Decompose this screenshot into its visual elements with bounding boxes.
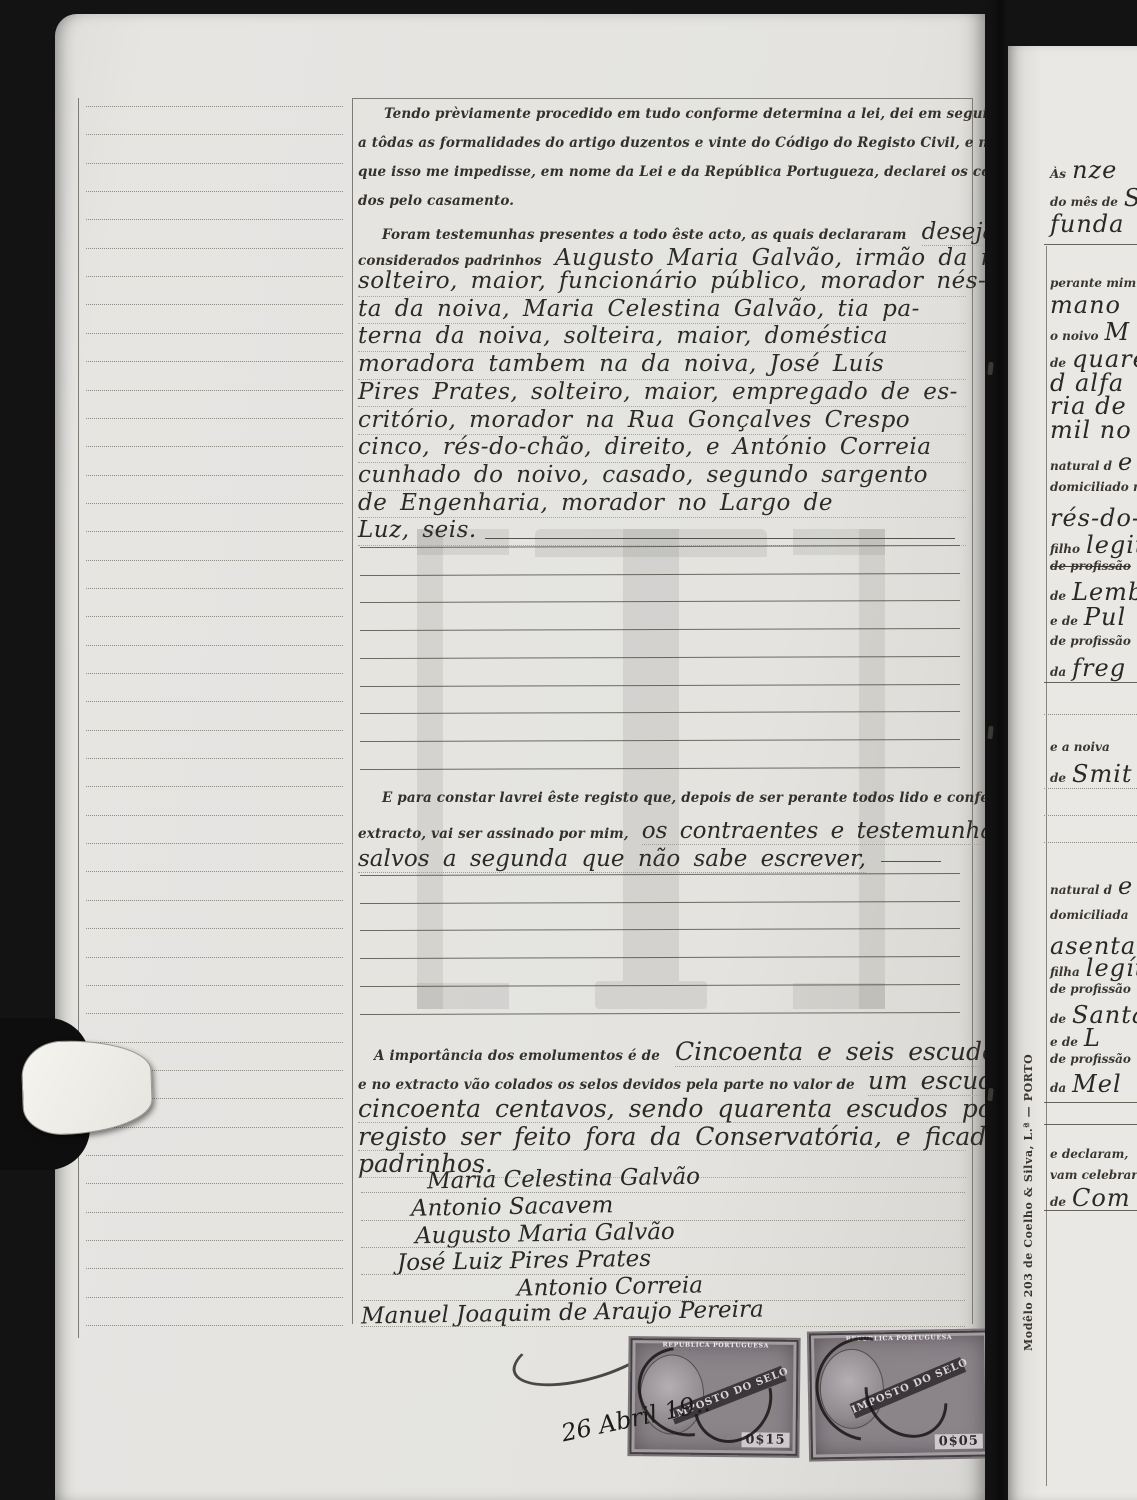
right-form-row: deLembr: [1050, 578, 1137, 606]
margin-ruled-line: [86, 1212, 343, 1213]
witness-handwriting-line: terna da noiva, solteira, maior, domésti…: [358, 323, 966, 352]
struck-blank-line: [360, 683, 960, 686]
right-form-label: de: [1050, 356, 1066, 370]
watermark-right-bracket-bottom: [793, 983, 885, 1009]
right-form-label: natural d: [1050, 883, 1112, 897]
main-block-top-border: [352, 98, 972, 99]
witness-handwriting-line: cunhado do noivo, casado, segundo sargen…: [358, 462, 966, 491]
right-form-row: deSmit: [1050, 760, 1133, 788]
right-form-rule: [1044, 682, 1137, 683]
right-form-label: de: [1050, 771, 1066, 785]
witnesses-intro-row: Foram testemunhas presentes a todo êste …: [360, 219, 966, 245]
margin-ruled-line: [86, 701, 343, 702]
archive-watermark: [417, 529, 885, 1029]
right-form-dotted-rule: [1044, 714, 1137, 715]
right-form-dotted-rule: [1044, 788, 1137, 789]
closing-print-line2: extracto, vai ser assinado por mim,: [358, 826, 629, 842]
right-form-handwriting: e: [1118, 872, 1133, 900]
margin-ruled-line: [86, 361, 343, 362]
right-form-label: da: [1050, 1081, 1066, 1095]
signature: José Luiz Pires Prates: [397, 1246, 651, 1276]
right-form-row: mil no: [1050, 416, 1132, 444]
margin-ruled-line: [86, 1183, 343, 1184]
margin-ruled-line: [86, 304, 343, 305]
margin-ruled-line: [86, 418, 343, 419]
fees-row1: A importância dos emolumentos é de Cinco…: [360, 1037, 966, 1066]
margin-ruled-line: [86, 1127, 343, 1128]
left-page: Tendo prèviamente procedido em tudo conf…: [55, 14, 985, 1500]
margin-ruled-line: [86, 503, 343, 504]
scanned-register-spread: Tendo prèviamente procedido em tudo conf…: [0, 0, 1137, 1500]
right-form-row: dafreg: [1050, 654, 1126, 682]
right-form-handwriting: e L: [1118, 448, 1137, 476]
margin-ruled-line: [86, 730, 343, 731]
right-form-label: domiciliado n: [1050, 480, 1137, 494]
right-form-label: natural d: [1050, 459, 1112, 473]
signature-ruled-line: [361, 1247, 965, 1248]
fees-print2: e no extracto vão colados os selos devid…: [358, 1077, 855, 1093]
right-form-dotted-rule: [1044, 842, 1137, 843]
right-form-row: e declaram,: [1050, 1143, 1128, 1162]
signature-ruled-line: [361, 1326, 965, 1327]
margin-ruled-line: [86, 560, 343, 561]
main-block-left-border: [352, 98, 353, 1324]
witnesses-intro-handwriting: desejar: [922, 219, 985, 246]
right-form-row: domiciliada: [1050, 904, 1129, 923]
struck-blank-line: [360, 956, 960, 959]
struck-blank-line: [360, 767, 960, 770]
right-form-handwriting: nze: [1072, 156, 1117, 184]
right-form-label: de: [1050, 1195, 1066, 1209]
right-form-handwriting: Pul: [1084, 603, 1126, 631]
right-form-row: rés-do-ch: [1050, 504, 1137, 532]
margin-ruled-line: [86, 673, 343, 674]
margin-ruled-line: [86, 1297, 343, 1298]
signature: Augusto Maria Galvão: [415, 1219, 675, 1250]
right-form-handwriting: freg: [1072, 654, 1126, 682]
signature-ruled-line: [361, 1192, 965, 1193]
right-form-label: de profissão: [1050, 982, 1131, 996]
book-gutter: [985, 0, 1008, 1500]
watermark-letter-stem: [623, 529, 679, 981]
right-form-handwriting: S: [1124, 184, 1137, 212]
revenue-stamp-015: REPUBLICA PORTUGUESA IMPOSTO DO SELO 0$1…: [627, 1336, 800, 1458]
fill-dash: [485, 528, 965, 547]
stamp-value: 0$05: [935, 1434, 983, 1450]
margin-ruled-line: [86, 871, 343, 872]
margin-ruled-line: [86, 248, 343, 249]
closing-handwriting-line2: os contraentes e testemunhas,: [642, 818, 985, 845]
right-form-row: deCom: [1050, 1184, 1131, 1212]
witness-handwriting-line: de Engenharia, morador no Largo de: [358, 490, 966, 519]
struck-blank-line: [360, 1011, 960, 1014]
right-form-handwriting: M: [1104, 318, 1130, 346]
right-form-label: e de: [1050, 614, 1078, 628]
margin-ruled-line: [86, 928, 343, 929]
right-form-label: perante mim: [1050, 276, 1136, 290]
right-form-row: de profissão: [1050, 630, 1131, 649]
margin-ruled-line: [86, 106, 343, 107]
struck-blank-line: [360, 873, 960, 876]
struck-blank-line: [360, 739, 960, 742]
right-form-handwriting: Lembr: [1072, 578, 1137, 606]
right-form-label: de profissão: [1050, 559, 1131, 573]
right-form-row: e a noiva: [1050, 736, 1110, 755]
paragraph-line: que isso me impedisse, em nome da Lei e …: [358, 164, 958, 180]
right-form-row: funda: [1050, 210, 1124, 238]
right-form-row: daMel: [1050, 1070, 1122, 1098]
right-form-label: e a noiva: [1050, 740, 1110, 754]
margin-ruled-line: [86, 390, 343, 391]
margin-ruled-line: [86, 616, 343, 617]
fees-handwriting2: um escudo e: [868, 1066, 985, 1096]
right-form-label: de profissão: [1050, 634, 1131, 648]
right-form-row: vam celebrar: [1050, 1164, 1137, 1183]
right-form-dotted-rule: [1044, 815, 1137, 816]
paragraph-line: Tendo prèviamente procedido em tudo conf…: [360, 106, 962, 122]
right-form-handwriting: mano: [1050, 291, 1121, 319]
right-form-left-rule: [1046, 246, 1047, 1486]
margin-ruled-line: [86, 957, 343, 958]
margin-ruled-line: [86, 843, 343, 844]
struck-blank-line: [360, 600, 960, 603]
right-form-label: Às: [1050, 167, 1066, 181]
witnesses-intro-print: Foram testemunhas presentes a todo êste …: [360, 227, 907, 243]
right-form-label: da: [1050, 665, 1066, 679]
fees-row2: e no extracto vão colados os selos devid…: [358, 1066, 966, 1095]
right-form-row: mano: [1050, 291, 1121, 319]
margin-ruled-line: [86, 134, 343, 135]
fees-handwriting-line: cincoenta centavos, sendo quarenta escud…: [358, 1095, 966, 1123]
margin-ruled-line: [86, 531, 343, 532]
fees-handwriting-line: registo ser feito fora da Conservatória,…: [358, 1123, 966, 1151]
signature: Antonio Sacavem: [411, 1192, 614, 1222]
right-form-row: domiciliado n: [1050, 476, 1137, 495]
signature: Maria Celestina Galvão: [427, 1164, 700, 1195]
struck-blank-line: [360, 711, 960, 714]
struck-blank-line: [360, 984, 960, 987]
struck-blank-line: [360, 901, 960, 904]
right-form-label: vam celebrar: [1050, 1168, 1137, 1182]
margin-ruled-line: [86, 1042, 343, 1043]
right-form-row: do mês deS: [1050, 184, 1137, 212]
closing-print-line1: E para constar lavrei êste registo que, …: [360, 790, 962, 806]
margin-ruled-line: [86, 1325, 343, 1326]
right-form-row: perante mimA: [1050, 265, 1137, 293]
margin-ruled-line: [86, 1013, 343, 1014]
right-form-row: de profissão: [1050, 555, 1131, 574]
right-form-rule: [1044, 244, 1137, 245]
right-page: Àsnzedo mês deSfundaperante mimAmanoo no…: [1008, 46, 1137, 1500]
witness-handwriting-line: ta da noiva, Maria Celestina Galvão, tia…: [358, 296, 966, 325]
struck-blank-line: [360, 656, 960, 659]
right-form-rule: [1044, 1124, 1137, 1125]
right-form-row: Àsnze: [1050, 156, 1117, 184]
right-form-handwriting: Smit: [1072, 760, 1133, 788]
right-form-handwriting: mil no: [1050, 416, 1132, 444]
right-form-label: e de: [1050, 1035, 1078, 1049]
margin-ruled-line: [86, 985, 343, 986]
witness-handwriting-line: Pires Prates, solteiro, maior, empregado…: [358, 379, 966, 408]
margin-ruled-line: [86, 219, 343, 220]
right-form-label: o noivo: [1050, 329, 1098, 343]
margin-ruled-line: [86, 1240, 343, 1241]
revenue-stamp-005: REPUBLICA PORTUGUESA IMPOSTO DO SELO 0$0…: [807, 1328, 985, 1461]
right-form-handwriting: rés-do-ch: [1050, 504, 1137, 532]
closing-line3: salvos a segunda que não sabe escrever,: [358, 846, 966, 872]
struck-blank-line: [360, 628, 960, 631]
margin-ruled-line: [86, 1155, 343, 1156]
right-form-row: de profissão: [1050, 978, 1131, 997]
closing-line2: extracto, vai ser assinado por mim, os c…: [358, 818, 966, 844]
right-form-handwriting: funda: [1050, 210, 1124, 238]
closing-handwriting-line3: salvos a segunda que não sabe escrever,: [358, 846, 866, 873]
witness-handwriting-line: moradora tambem na da noiva, José Luís: [358, 351, 966, 380]
margin-ruled-line: [86, 333, 343, 334]
right-form-label: de: [1050, 589, 1066, 603]
witness-handwriting-line: solteiro, maior, funcionário público, mo…: [358, 268, 966, 297]
right-form-row: de profissão: [1050, 1048, 1131, 1067]
right-form-rule: [1044, 1102, 1137, 1103]
right-form-handwriting: Com: [1072, 1184, 1131, 1212]
right-form-label: filho: [1050, 542, 1080, 556]
right-form-label: de profissão: [1050, 1052, 1131, 1066]
right-form-rule: [1044, 1210, 1137, 1211]
fees-print1: A importância dos emolumentos é de: [360, 1048, 660, 1064]
right-form-label: e declaram,: [1050, 1147, 1128, 1161]
fees-handwriting1: Cincoenta e seis escudos: [675, 1037, 985, 1067]
signature: Manuel Joaquim de Araujo Pereira: [361, 1296, 764, 1329]
right-form-label: filha: [1050, 965, 1080, 979]
margin-ruled-line: [86, 786, 343, 787]
right-form-handwriting: Mel: [1072, 1070, 1121, 1098]
margin-ruled-line: [86, 645, 343, 646]
paragraph-line: a tôdas as formalidades do artigo duzent…: [358, 135, 958, 151]
margin-ruled-line: [86, 446, 343, 447]
witness-handwriting-line: critório, morador na Rua Gonçalves Cresp…: [358, 407, 966, 436]
right-form-row: natural de: [1050, 872, 1133, 900]
margin-ruled-line: [86, 900, 343, 901]
right-form-label: do mês de: [1050, 195, 1118, 209]
right-form-row: e dePul: [1050, 603, 1126, 631]
margin-ruled-line: [86, 475, 343, 476]
margin-ruled-line: [86, 588, 343, 589]
right-form-row: o noivoM: [1050, 318, 1130, 346]
margin-ruled-line: [86, 1268, 343, 1269]
right-form-label: domiciliada: [1050, 908, 1129, 922]
margin-ruled-line: [86, 815, 343, 816]
witness-handwriting-line: cinco, rés-do-chão, direito, e António C…: [358, 434, 966, 463]
margin-ruled-line: [86, 758, 343, 759]
printer-imprint: Modêlo 203 de Coelho & Silva, L.ª — PORT…: [1022, 1006, 1044, 1351]
struck-blank-line: [360, 928, 960, 931]
right-form-row: natural de L: [1050, 448, 1137, 476]
witnesses-intro-print3: considerados padrinhos: [358, 253, 542, 269]
struck-blank-line: [360, 573, 960, 576]
margin-ruled-line: [86, 191, 343, 192]
margin-ruled-line: [86, 276, 343, 277]
margin-ruled-line: [86, 163, 343, 164]
watermark-left-bracket-bottom: [417, 983, 509, 1009]
paragraph-line: dos pelo casamento.: [358, 193, 958, 209]
